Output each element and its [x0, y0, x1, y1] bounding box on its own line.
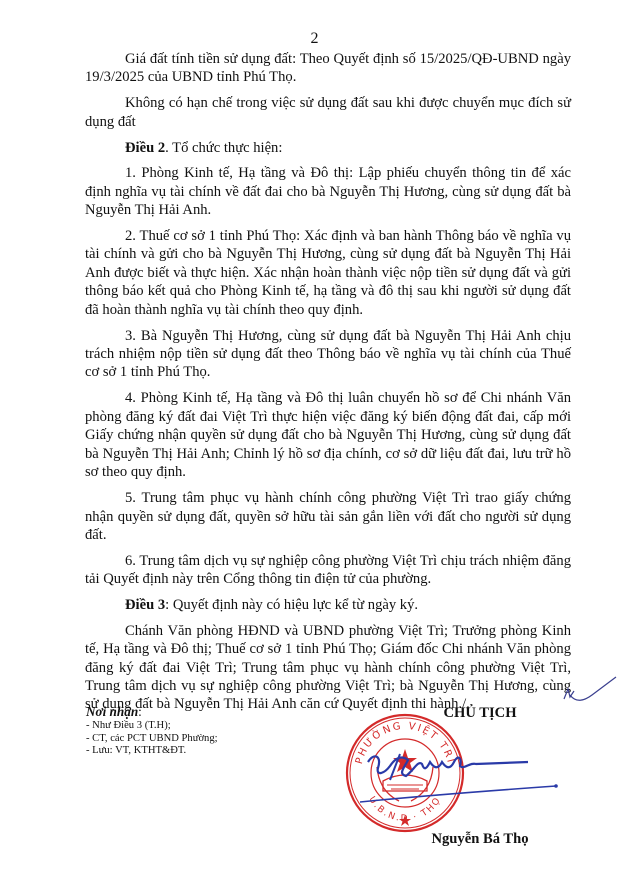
- document-body: Giá đất tính tiền sử dụng đất: Theo Quyế…: [85, 50, 571, 721]
- recipient-item: - Lưu: VT, KTHT&ĐT.: [86, 745, 336, 758]
- handwritten-signature-icon: [360, 740, 600, 820]
- signer-name: Nguyễn Bá Thọ: [380, 831, 580, 848]
- closing-paragraph: Chánh Văn phòng HĐND và UBND phường Việt…: [85, 622, 571, 714]
- article-2-item-5: 5. Trung tâm phục vụ hành chính công phư…: [85, 489, 571, 544]
- article-2-item-3: 3. Bà Nguyễn Thị Hương, cùng sử dụng đất…: [85, 327, 571, 382]
- recipients-title: Nơi nhận:: [86, 704, 336, 719]
- article-2-label: Điều 2: [125, 140, 165, 156]
- recipient-item: - Như Điều 3 (T.H);: [86, 720, 336, 733]
- article-3-label: Điều 3: [125, 597, 165, 613]
- article-2-item-6: 6. Trung tâm dịch vụ sự nghiệp công phườ…: [85, 552, 571, 589]
- article-3-title: : Quyết định này có hiệu lực kể từ ngày …: [165, 597, 418, 613]
- article-2-item-4: 4. Phòng Kinh tế, Hạ tầng và Đô thị luân…: [85, 389, 571, 481]
- recipients-block: Nơi nhận: - Như Điều 3 (T.H); - CT, các …: [86, 704, 336, 758]
- paragraph-no-restriction: Không có hạn chế trong việc sử dụng đất …: [85, 94, 571, 131]
- page-number: 2: [0, 30, 629, 48]
- article-2-item-2: 2. Thuế cơ sở 1 tỉnh Phú Thọ: Xác định v…: [85, 227, 571, 319]
- paragraph-land-price: Giá đất tính tiền sử dụng đất: Theo Quyế…: [85, 50, 571, 87]
- initial-mark-icon: [550, 673, 620, 713]
- article-3-heading: Điều 3: Quyết định này có hiệu lực kể từ…: [85, 596, 571, 614]
- article-2-item-1: 1. Phòng Kinh tế, Hạ tầng và Đô thị: Lập…: [85, 164, 571, 219]
- article-2-title: . Tổ chức thực hiện:: [165, 140, 282, 156]
- article-2-heading: Điều 2. Tổ chức thực hiện:: [85, 139, 571, 157]
- recipient-item: - CT, các PCT UBND Phường;: [86, 733, 336, 746]
